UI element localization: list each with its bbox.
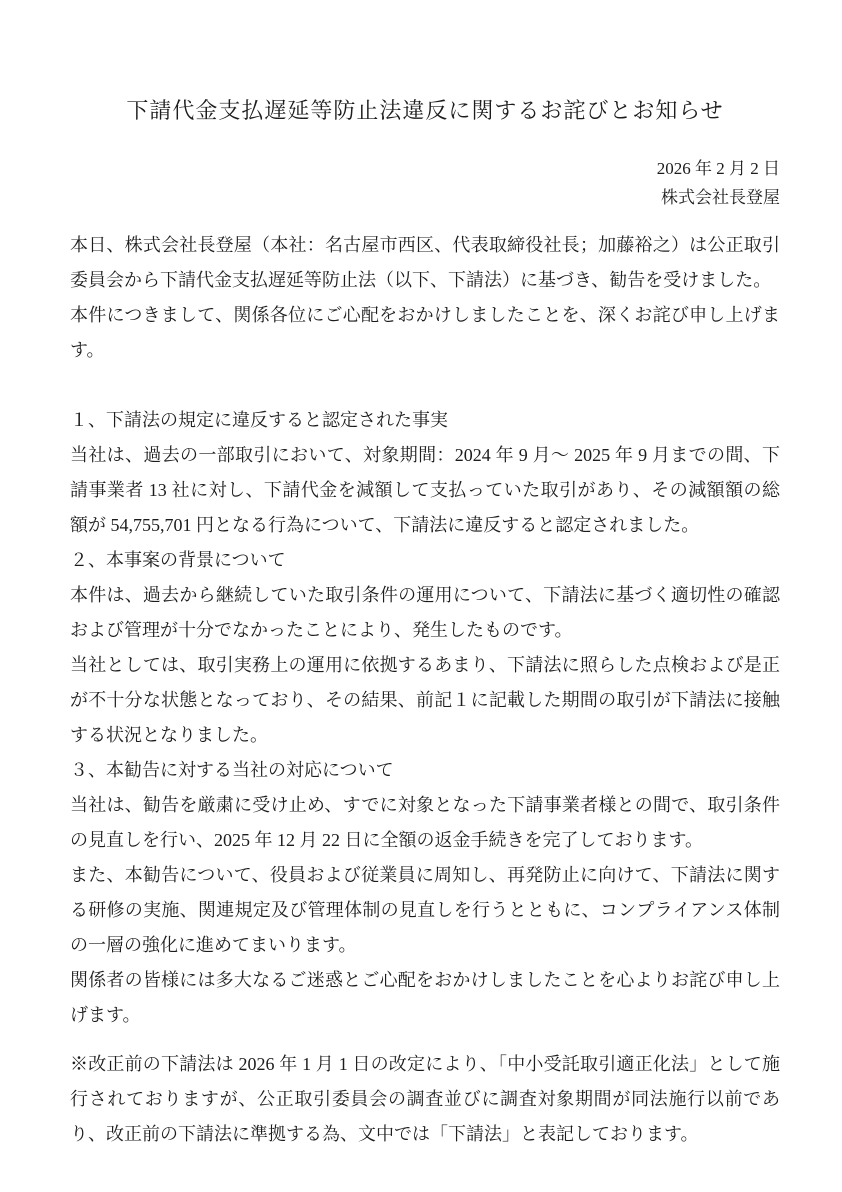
- section-paragraph: 当社は、過去の一部取引において、対象期間：2024 年 9 月～ 2025 年 …: [70, 438, 780, 543]
- section-background: ２、本事案の背景について 本件は、過去から継続していた取引条件の運用について、下…: [70, 543, 780, 753]
- document-date: 2026 年 2 月 2 日: [70, 154, 780, 183]
- intro-paragraph: 本件につきまして、関係各位にご心配をおかけしましたことを、深くお詫び申し上げます…: [70, 298, 780, 368]
- intro-paragraph: 本日、株式会社長登屋（本社：名古屋市西区、代表取締役社長；加藤裕之）は公正取引委…: [70, 228, 780, 298]
- section-paragraph: また、本勧告について、役員および従業員に周知し、再発防止に向けて、下請法に関する…: [70, 858, 780, 963]
- section-paragraph: 当社としては、取引実務上の運用に依拠するあまり、下請法に照らした点検および是正が…: [70, 648, 780, 753]
- footnote-block: ※改正前の下請法は 2026 年 1 月 1 日の改定により、「中小受託取引適正…: [70, 1047, 780, 1152]
- intro-block: 本日、株式会社長登屋（本社：名古屋市西区、代表取締役社長；加藤裕之）は公正取引委…: [70, 228, 780, 368]
- section-paragraph: 当社は、勧告を厳粛に受け止め、すでに対象となった下請事業者様との間で、取引条件の…: [70, 788, 780, 858]
- section-heading: ３、本勧告に対する当社の対応について: [70, 753, 780, 788]
- section-response: ３、本勧告に対する当社の対応について 当社は、勧告を厳粛に受け止め、すでに対象と…: [70, 753, 780, 1033]
- section-paragraph: 関係者の皆様には多大なるご迷惑とご心配をおかけしましたことを心よりお詫び申し上げ…: [70, 963, 780, 1033]
- document-title: 下請代金支払遅延等防止法違反に関するお詫びとお知らせ: [70, 96, 780, 126]
- section-heading: ２、本事案の背景について: [70, 543, 780, 578]
- document-meta: 2026 年 2 月 2 日 株式会社長登屋: [70, 154, 780, 212]
- section-violation-facts: １、下請法の規定に違反すると認定された事実 当社は、過去の一部取引において、対象…: [70, 403, 780, 543]
- document-page: 下請代金支払遅延等防止法違反に関するお詫びとお知らせ 2026 年 2 月 2 …: [0, 0, 842, 1192]
- footnote: ※改正前の下請法は 2026 年 1 月 1 日の改定により、「中小受託取引適正…: [70, 1047, 780, 1152]
- section-heading: １、下請法の規定に違反すると認定された事実: [70, 403, 780, 438]
- company-name: 株式会社長登屋: [70, 183, 780, 212]
- section-paragraph: 本件は、過去から継続していた取引条件の運用について、下請法に基づく適切性の確認お…: [70, 578, 780, 648]
